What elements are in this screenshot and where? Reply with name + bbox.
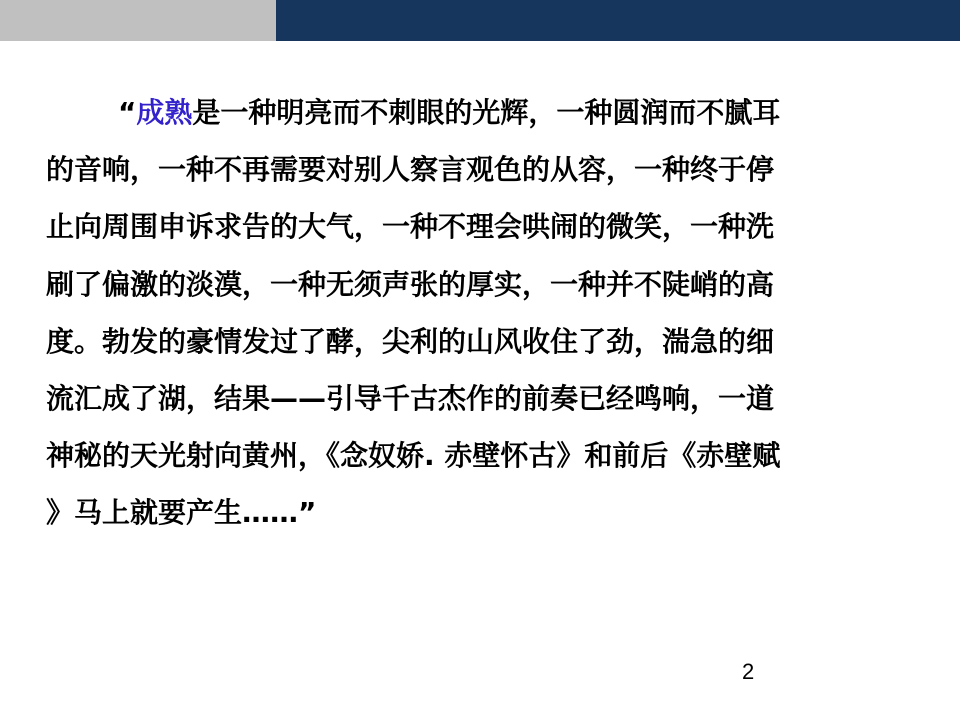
passage-line-1: “成熟是一种明亮而不刺眼的光辉，一种圆润而不腻耳 (46, 84, 906, 141)
passage-line-3: 止向周围申诉求告的大气，一种不理会哄闹的微笑，一种洗 (46, 198, 906, 255)
passage-line-5: 度。勃发的豪情发过了酵，尖利的山风收住了劲，湍急的细 (46, 313, 906, 370)
passage-line-6: 流汇成了湖，结果——引导千古杰作的前奏已经鸣响，一道 (46, 370, 906, 427)
header-bar-gray (0, 0, 276, 41)
header-bar-blue (276, 0, 960, 41)
passage-line-1-text: 是一种明亮而不刺眼的光辉，一种圆润而不腻耳 (192, 96, 780, 129)
passage-line-8: 》马上就要产生……” (46, 484, 906, 541)
highlighted-term: 成熟 (136, 96, 192, 129)
open-quote: “ (118, 96, 136, 129)
passage-line-2: 的音响，一种不再需要对别人察言观色的从容，一种终于停 (46, 141, 906, 198)
page-number: 2 (742, 659, 754, 685)
quote-passage: “成熟是一种明亮而不刺眼的光辉，一种圆润而不腻耳 的音响，一种不再需要对别人察言… (46, 84, 906, 542)
passage-line-4: 刷了偏激的淡漠，一种无须声张的厚实，一种并不陡峭的高 (46, 256, 906, 313)
passage-line-7: 神秘的天光射向黄州，《念奴娇. 赤壁怀古》和前后《赤壁赋 (46, 427, 906, 484)
